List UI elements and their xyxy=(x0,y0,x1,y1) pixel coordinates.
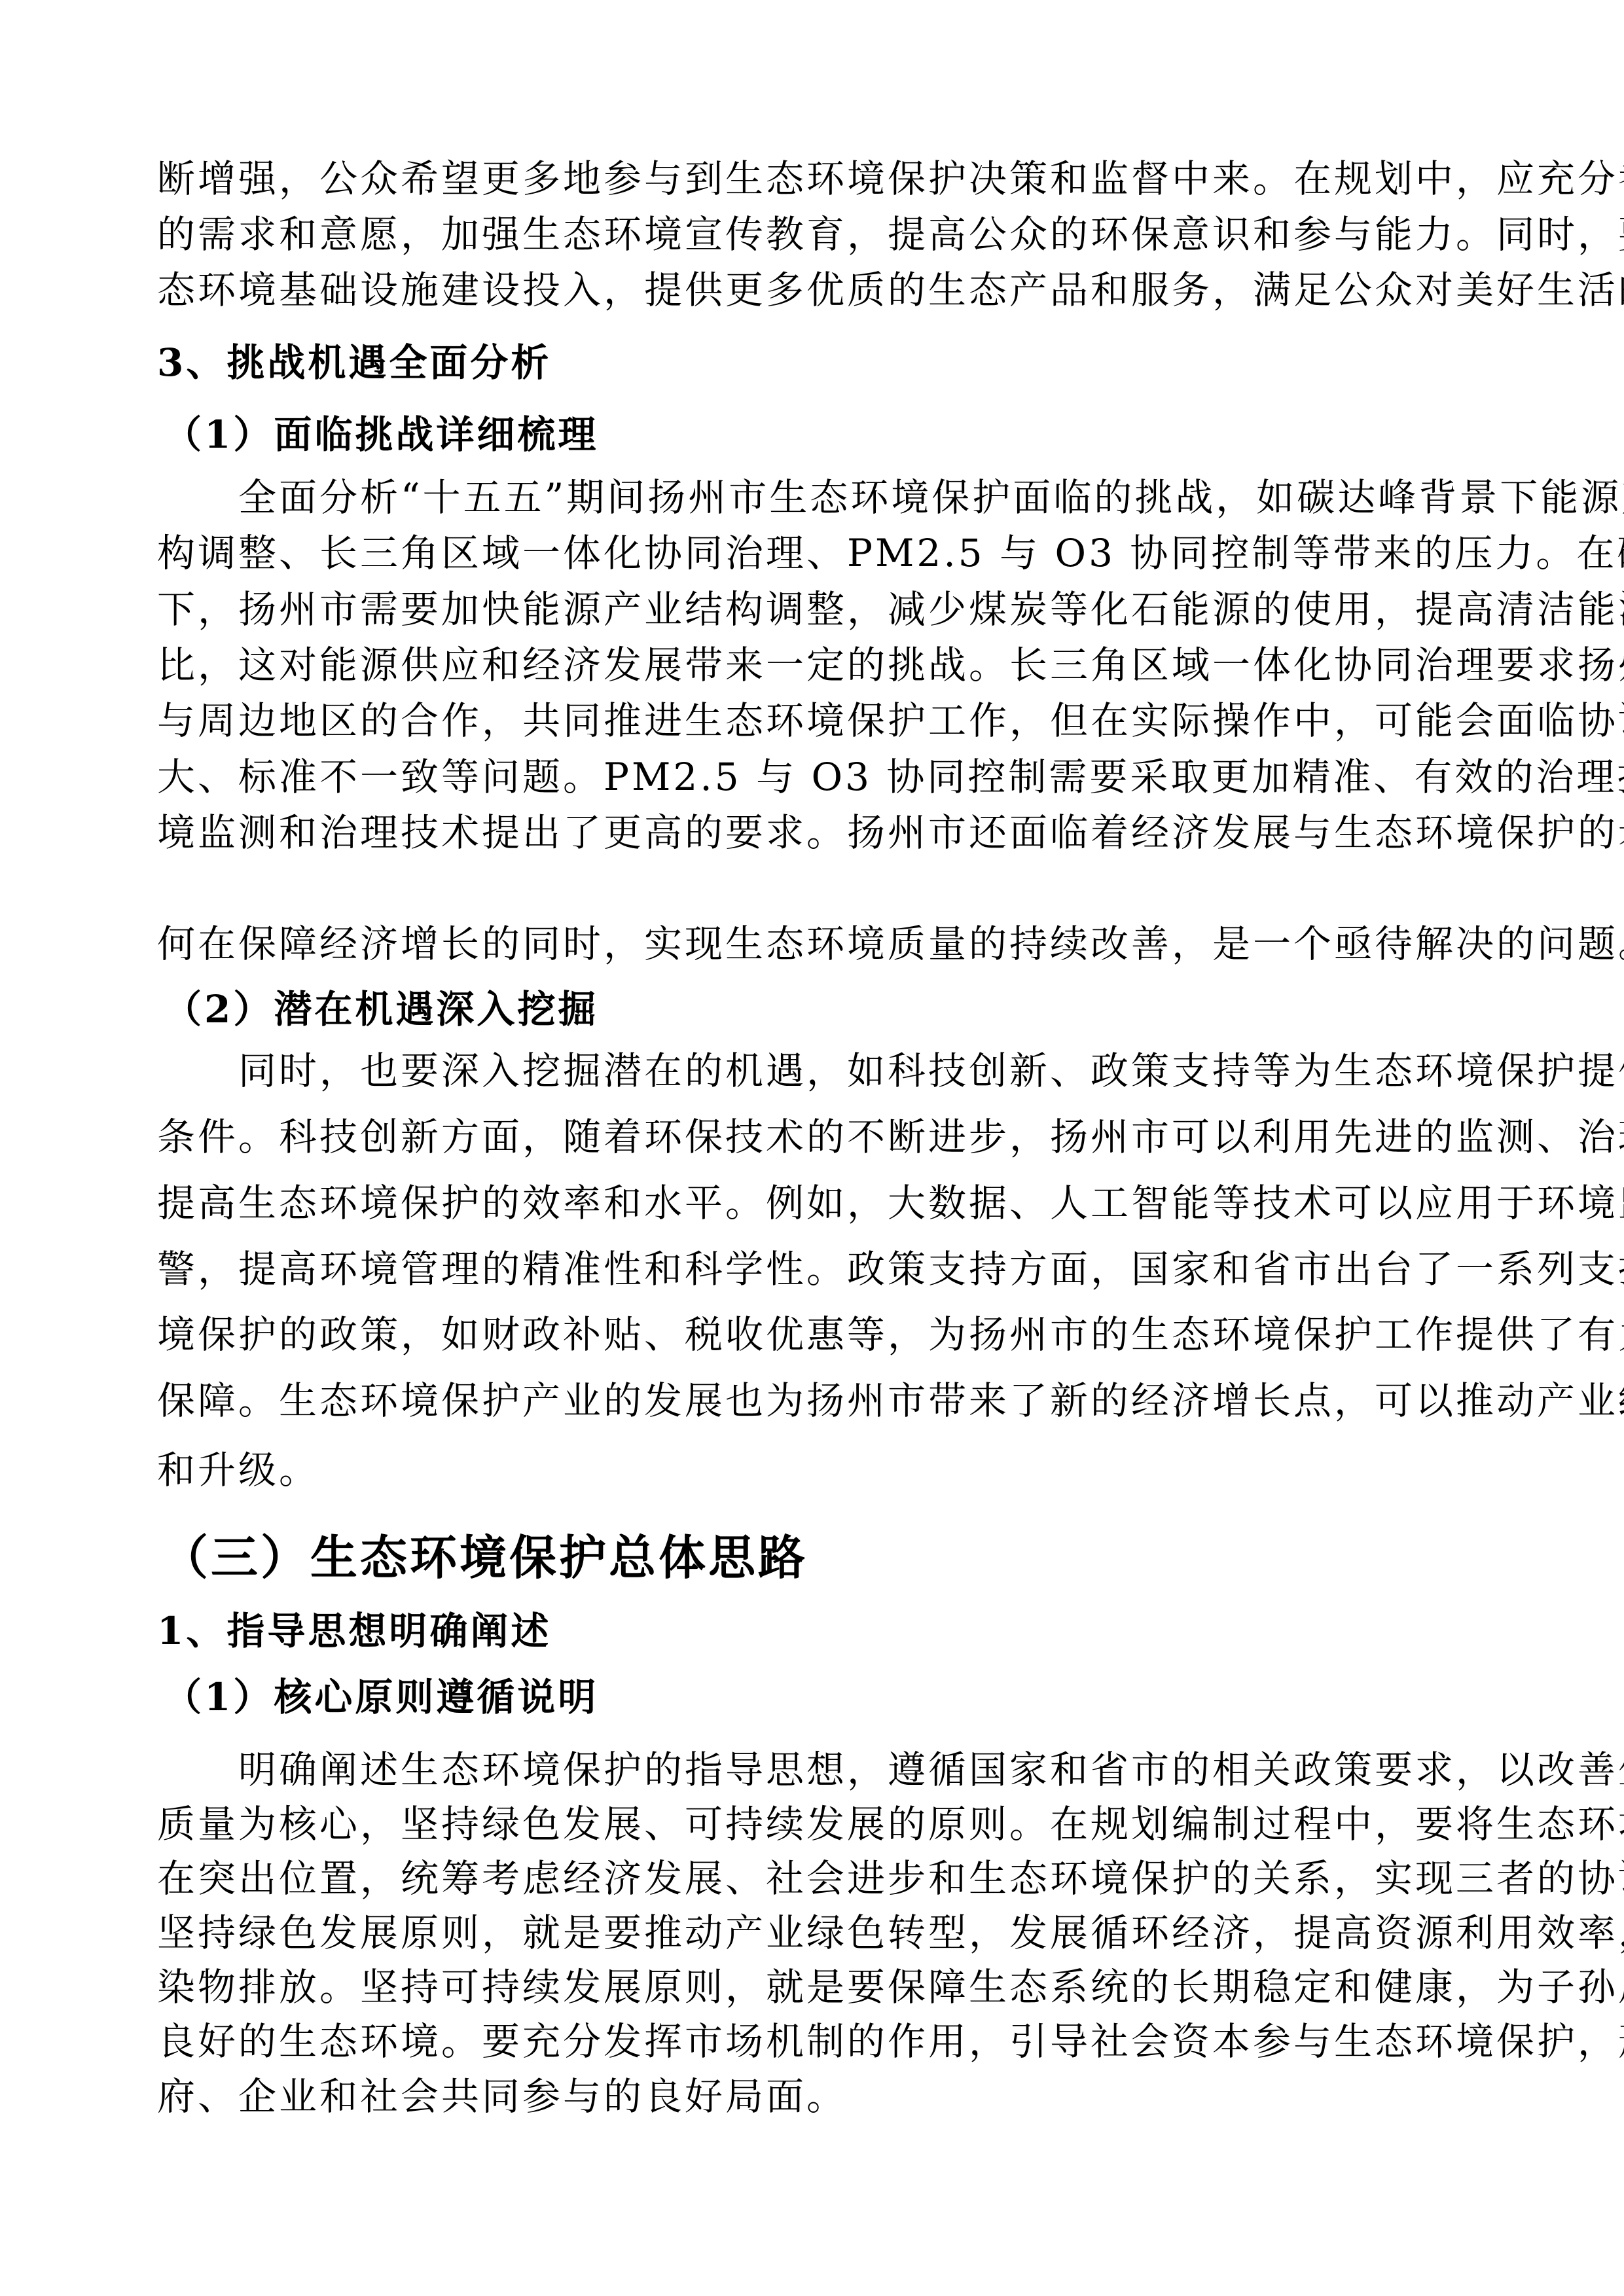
body-line: 态环境基础设施建设投入，提供更多优质的生态产品和服务，满足公众对美好生活的向往。 xyxy=(157,267,1473,313)
body-line: 何在保障经济增长的同时，实现生态环境质量的持续改善，是一个亟待解决的问题。 xyxy=(157,921,1473,967)
body-line: 条件。科技创新方面，随着环保技术的不断进步，扬州市可以利用先进的监测、治理技术， xyxy=(157,1114,1473,1160)
body-line: 和升级。 xyxy=(157,1447,1473,1493)
body-line: 下，扬州市需要加快能源产业结构调整，减少煤炭等化石能源的使用，提高清洁能源的占 xyxy=(157,586,1473,632)
body-line: 坚持绿色发展原则，就是要推动产业绿色转型，发展循环经济，提高资源利用效率，减少污 xyxy=(157,1910,1473,1956)
body-line: 府、企业和社会共同参与的良好局面。 xyxy=(157,2073,1473,2119)
body-line: 染物排放。坚持可持续发展原则，就是要保障生态系统的长期稳定和健康，为子孙后代留下 xyxy=(157,1964,1473,2010)
body-line: 质量为核心，坚持绿色发展、可持续发展的原则。在规划编制过程中，要将生态环境保护放 xyxy=(157,1801,1473,1847)
body-line: 与周边地区的合作，共同推进生态环境保护工作，但在实际操作中，可能会面临协调难度 xyxy=(157,698,1473,744)
body-line: 在突出位置，统筹考虑经济发展、社会进步和生态环境保护的关系，实现三者的协调发展。 xyxy=(157,1856,1473,1901)
body-line: 明确阐述生态环境保护的指导思想，遵循国家和省市的相关政策要求，以改善生态环境 xyxy=(157,1747,1473,1793)
body-line: 大、标准不一致等问题。PM2.5 与 O3 协同控制需要采取更加精准、有效的治理… xyxy=(157,754,1473,800)
body-line: 提高生态环境保护的效率和水平。例如，大数据、人工智能等技术可以应用于环境监测和预 xyxy=(157,1180,1473,1226)
body-line: 良好的生态环境。要充分发挥市场机制的作用，引导社会资本参与生态环境保护，形成政 xyxy=(157,2018,1473,2064)
subsection-heading-challenges: （1）面临挑战详细梳理 xyxy=(164,412,1479,457)
body-line: 断增强，公众希望更多地参与到生态环境保护决策和监督中来。在规划中，应充分考虑公众 xyxy=(157,156,1473,202)
body-line: 保障。生态环境保护产业的发展也为扬州市带来了新的经济增长点，可以推动产业结构调整 xyxy=(157,1378,1473,1424)
subsection-heading-opportunities: （2）潜在机遇深入挖掘 xyxy=(164,986,1479,1032)
body-line: 警，提高环境管理的精准性和科学性。政策支持方面，国家和省市出台了一系列支持生态环 xyxy=(157,1246,1473,1292)
chapter-heading-overall-approach: （三）生态环境保护总体思路 xyxy=(161,1530,1477,1586)
body-line: 的需求和意愿，加强生态环境宣传教育，提高公众的环保意识和参与能力。同时，要加大生 xyxy=(157,211,1473,257)
body-line: 同时，也要深入挖掘潜在的机遇，如科技创新、政策支持等为生态环境保护提供的有利 xyxy=(157,1048,1473,1094)
subsection-heading-core-principles: （1）核心原则遵循说明 xyxy=(164,1674,1479,1720)
body-line: 境监测和治理技术提出了更高的要求。扬州市还面临着经济发展与生态环境保护的矛盾，如 xyxy=(157,810,1473,855)
body-line: 全面分析“十五五”期间扬州市生态环境保护面临的挑战，如碳达峰背景下能源产业结 xyxy=(157,475,1473,520)
section-heading-challenges-opportunities: 3、挑战机遇全面分析 xyxy=(157,340,1473,386)
body-line: 构调整、长三角区域一体化协同治理、PM2.5 与 O3 协同控制等带来的压力。在… xyxy=(157,530,1473,576)
section-heading-guiding-ideology: 1、指导思想明确阐述 xyxy=(157,1608,1473,1654)
body-line: 比，这对能源供应和经济发展带来一定的挑战。长三角区域一体化协同治理要求扬州市加强 xyxy=(157,642,1473,688)
body-line: 境保护的政策，如财政补贴、税收优惠等，为扬州市的生态环境保护工作提供了有力的政策 xyxy=(157,1312,1473,1357)
